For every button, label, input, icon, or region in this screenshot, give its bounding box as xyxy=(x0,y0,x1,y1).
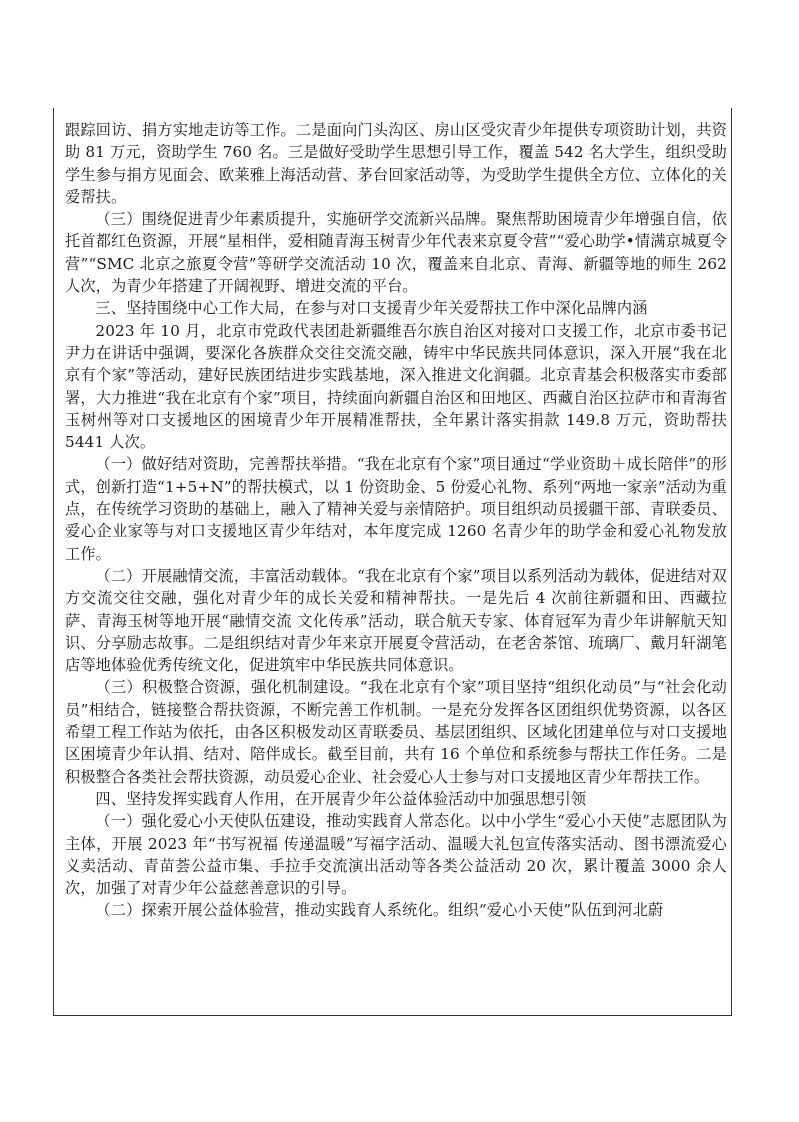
paragraph-continuation: 跟踪回访、捐方实地走访等工作。二是面向门头沟区、房山区受灾青少年提供专项资助计划… xyxy=(65,119,727,208)
section-heading-3: 三、坚持围绕中心工作大局，在参与对口支援青少年关爱帮扶工作中深化品牌内涵 xyxy=(65,297,727,319)
paragraph-subsection-3-study-exchange: （三）围绕促进青少年素质提升，实施研学交流新兴品牌。聚焦帮助困境青少年增强自信，… xyxy=(65,208,727,297)
paragraph-subsection-1-little-angels: （一）强化爱心小天使队伍建设，推动实践育人常态化。以中小学生“爱心小天使”志愿团… xyxy=(65,810,727,899)
paragraph-subsection-2-charity-camp: （二）探索开展公益体验营，推动实践育人系统化。组织“爱心小天使”队伍到河北蔚 xyxy=(65,899,727,921)
paragraph-beijing-delegation: 2023 年 10 月，北京市党政代表团赴新疆维吾尔族自治区对接对口支援工作，北… xyxy=(65,320,727,454)
document-body: 跟踪回访、捐方实地走访等工作。二是面向门头沟区、房山区受灾青少年提供专项资助计划… xyxy=(65,119,727,922)
paragraph-subsection-3-resource-integration: （三）积极整合资源，强化机制建设。“我在北京有个家”项目坚持“组织化动员”与“社… xyxy=(65,676,727,787)
paragraph-subsection-2-exchange-activities: （二）开展融情交流，丰富活动载体。“我在北京有个家”项目以系列活动为载体，促进结… xyxy=(65,565,727,676)
paragraph-subsection-1-pairing-aid: （一）做好结对资助，完善帮扶举措。“我在北京有个家”项目通过“学业资助＋成长陪伴… xyxy=(65,453,727,564)
section-heading-4: 四、坚持发挥实践育人作用，在开展青少年公益体验活动中加强思想引领 xyxy=(65,788,727,810)
